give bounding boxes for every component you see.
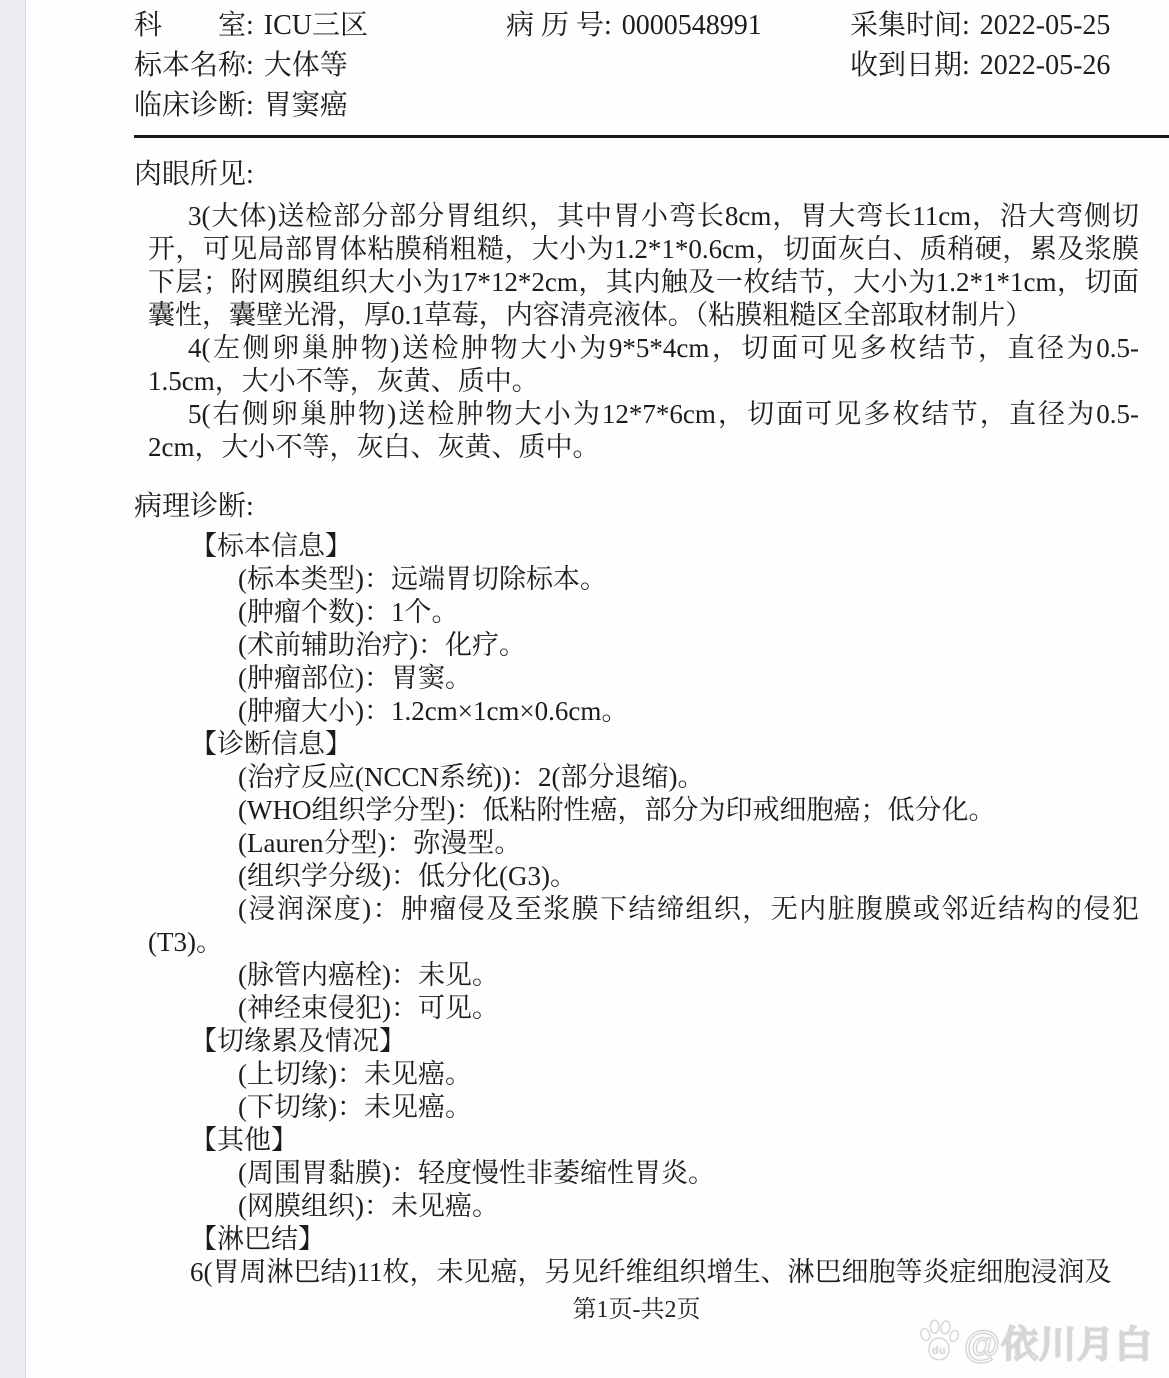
diagnosis-entry: (术前辅助治疗)：化疗。 [148, 629, 1139, 662]
specimen-name-value: 大体等 [264, 50, 348, 81]
diagnosis-entry: (肿瘤大小)：1.2cm×1cm×0.6cm。 [148, 695, 1139, 728]
block-heading-diagnosis-info: 【诊断信息】 [134, 728, 1139, 761]
block-heading-lymph-nodes: 【淋巴结】 [134, 1223, 1139, 1256]
diagnosis-entry: (脉管内癌栓)：未见。 [148, 959, 1139, 992]
baidu-du-text: du [932, 1345, 947, 1357]
diagnosis-entry: (肿瘤个数)：1个。 [148, 596, 1139, 629]
diagnosis-entry: (周围胃黏膜)：轻度慢性非萎缩性胃炎。 [148, 1157, 1139, 1190]
gross-findings-section: 肉眼所见: 3(大体)送检部分部分胃组织，其中胃小弯长8cm，胃大弯长11cm，… [134, 158, 1139, 464]
diagnosis-entry: (组织学分级)：低分化(G3)。 [148, 860, 1139, 893]
department-value: ICU三区 [264, 10, 368, 41]
department-field: 科 室:ICU三区 [134, 6, 506, 46]
diagnosis-entry: (网膜组织)：未见癌。 [148, 1190, 1139, 1223]
pathologic-diagnosis-title: 病理诊断: [134, 490, 1139, 524]
gross-paragraph: 5(右侧卵巢肿物)送检肿物大小为12*7*6cm，切面可见多枚结节，直径为0.5… [148, 398, 1139, 464]
diagnosis-entry: (肿瘤部位)：胃窦。 [148, 662, 1139, 695]
diagnosis-entry: (WHO组织学分型)：低粘附性癌，部分为印戒细胞癌；低分化。 [148, 794, 1139, 827]
record-number-value: 0000548991 [622, 10, 762, 41]
diagnosis-entry: (神经束侵犯)：可见。 [148, 992, 1139, 1025]
receive-date-label: 收到日期: [850, 50, 970, 81]
department-label: 科 室: [134, 10, 254, 41]
diagnosis-entry: (浸润深度)：肿瘤侵及至浆膜下结缔组织，无内脏腹膜或邻近结构的侵犯(T3)。 [148, 893, 1139, 959]
watermark-handle: @依川月白 [964, 1314, 1153, 1368]
baidu-paw-icon: du [916, 1318, 962, 1364]
pathologic-diagnosis-section: 病理诊断: 【标本信息】 (标本类型)：远端胃切除标本。 (肿瘤个数)：1个。 … [134, 490, 1139, 1289]
pathology-report-page: 科 室:ICU三区 病 历 号:0000548991 采集时间:2022-05-… [0, 0, 1169, 1378]
diagnosis-entry: (治疗反应(NCCN系统))：2(部分退缩)。 [148, 761, 1139, 794]
receive-date-field: 收到日期:2022-05-26 [850, 46, 1139, 86]
gross-findings-title: 肉眼所见: [134, 158, 1139, 192]
receive-date-value: 2022-05-26 [980, 50, 1111, 81]
clinical-diagnosis-label: 临床诊断: [134, 90, 254, 121]
clinical-diagnosis-field: 临床诊断:胃窦癌 [134, 86, 506, 126]
lymph-node-note: 6(胃周淋巴结)11枚，未见癌，另见纤维组织增生、淋巴细胞等炎症细胞浸润及 [148, 1256, 1139, 1289]
collect-time-field: 采集时间:2022-05-25 [850, 6, 1139, 46]
block-heading-specimen-info: 【标本信息】 [134, 530, 1139, 563]
gross-paragraph: 4(左侧卵巢肿物)送检肿物大小为9*5*4cm，切面可见多枚结节，直径为0.5-… [148, 332, 1139, 398]
diagnosis-entry: (标本类型)：远端胃切除标本。 [148, 563, 1139, 596]
diagnosis-entry: (下切缘)：未见癌。 [148, 1091, 1139, 1124]
block-heading-margins: 【切缘累及情况】 [134, 1025, 1139, 1058]
gross-paragraph: 3(大体)送检部分部分胃组织，其中胃小弯长8cm，胃大弯长11cm，沿大弯侧切开… [148, 200, 1139, 332]
report-content: 科 室:ICU三区 病 历 号:0000548991 采集时间:2022-05-… [0, 0, 1169, 1289]
record-number-label: 病 历 号: [506, 10, 612, 41]
record-number-field: 病 历 号:0000548991 [506, 6, 850, 46]
diagnosis-entry: (Lauren分型)：弥漫型。 [148, 827, 1139, 860]
collect-time-value: 2022-05-25 [980, 10, 1111, 41]
report-header: 科 室:ICU三区 病 历 号:0000548991 采集时间:2022-05-… [134, 6, 1139, 126]
diagnosis-entry: (上切缘)：未见癌。 [148, 1058, 1139, 1091]
collect-time-label: 采集时间: [850, 10, 970, 41]
clinical-diagnosis-value: 胃窦癌 [264, 90, 348, 121]
watermark: du @依川月白 [916, 1314, 1153, 1368]
specimen-name-field: 标本名称:大体等 [134, 46, 506, 86]
header-divider [134, 135, 1169, 138]
block-heading-other: 【其他】 [134, 1124, 1139, 1157]
specimen-name-label: 标本名称: [134, 50, 254, 81]
